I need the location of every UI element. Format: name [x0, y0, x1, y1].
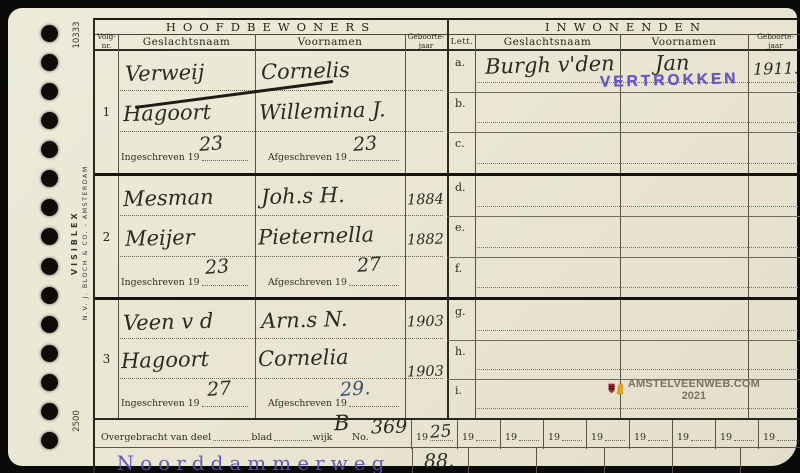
watermark-year: 2021 — [628, 390, 760, 402]
punch-hole — [41, 112, 58, 129]
hb-col-geslachtsnaam: Geslachtsnaam — [118, 34, 255, 49]
no-label: No. — [352, 432, 369, 443]
punch-hole — [41, 25, 58, 42]
year-cell: 19 — [673, 420, 716, 449]
vertrokken-stamp: VERTROKKEN — [600, 70, 739, 92]
punch-hole — [41, 432, 58, 449]
hb-col-volgnr: Volg- nr. — [95, 34, 118, 49]
leader — [349, 160, 399, 161]
punch-hole — [41, 141, 58, 158]
afgeschreven-field: Afgeschreven 19 — [268, 145, 400, 163]
iw-row-f: f. — [447, 257, 800, 297]
surname-handwritten: Hagoort — [121, 347, 210, 373]
empty-cell — [536, 448, 605, 473]
year-prefix: 19 — [763, 432, 775, 443]
afgeschreven-label: Afgeschreven 19 — [268, 398, 347, 409]
leader — [202, 285, 248, 286]
plate-number-top: 10333 — [72, 0, 82, 70]
wijk-value-handwritten: B — [334, 411, 350, 435]
year-prefix: 19 — [505, 432, 517, 443]
empty-cell — [672, 448, 741, 473]
punch-hole — [41, 316, 58, 333]
punch-hole — [41, 199, 58, 216]
hb-col-voornamen: Voornamen — [255, 34, 405, 49]
year-cell: 19 — [501, 420, 544, 449]
crest-icon — [608, 370, 624, 410]
brand-visiblex: VISIBLEX — [69, 155, 81, 330]
row-letter: a. — [455, 56, 465, 69]
punch-hole — [41, 287, 58, 304]
row-letter: c. — [455, 137, 465, 150]
iw-row-d: d. — [447, 176, 800, 217]
writing-line — [120, 131, 443, 132]
footer-address-row: Noorddammerweg 88. — [95, 447, 800, 473]
afgeschreven-year: 23 — [352, 132, 378, 156]
year-cell: 19 — [544, 420, 587, 449]
writing-line — [477, 206, 798, 207]
year-prefix: 19 — [548, 432, 560, 443]
writing-line — [477, 163, 798, 164]
year-cell: 19 25 — [412, 420, 458, 449]
leader — [691, 440, 711, 441]
leader — [519, 440, 539, 441]
surname-handwritten: Verweij — [125, 60, 205, 86]
writing-line — [477, 247, 798, 248]
iw-row-b: b. — [447, 92, 800, 133]
leader — [777, 440, 799, 441]
row-letter: g. — [455, 305, 466, 318]
hb-entry-1: 1 Verweij Cornelis Hagoort Willemina J. … — [95, 51, 447, 173]
house-number-cell: 88. — [412, 448, 469, 473]
year-cell: 19 — [630, 420, 673, 449]
birthyear-handwritten: 1884 — [407, 192, 444, 209]
row-letter: i. — [455, 384, 462, 397]
writing-line — [477, 287, 798, 288]
writing-line — [120, 256, 443, 257]
afgeschreven-year: 27 — [356, 253, 382, 277]
plate-number-bottom: 2500 — [72, 391, 82, 451]
birthyear-handwritten: 1882 — [407, 232, 444, 249]
iw-row-e: e. — [447, 216, 800, 258]
empty-cell — [468, 448, 537, 473]
row-letter: h. — [455, 345, 466, 358]
street-name-stamp: Noorddammerweg — [117, 451, 391, 473]
ingeschreven-year: 23 — [204, 255, 230, 279]
afgeschreven-year: 29. — [339, 377, 371, 401]
hb-entry-2: 2 Mesman Joh.s H. 1884 Meijer Pieternell… — [95, 176, 447, 297]
afgeschreven-field: Afgeschreven 19 — [268, 391, 400, 409]
row-letter: e. — [455, 221, 465, 234]
register-table: HOOFDBEWONERS INWONENDEN Volg- nr. Gesla… — [93, 18, 800, 473]
firstnames-handwritten: Cornelia — [258, 345, 349, 371]
ingeschreven-label: Ingeschreven 19 — [121, 152, 200, 163]
leader — [213, 440, 250, 441]
hb-col-geboortejaar: Geboorte- jaar — [405, 34, 447, 49]
iw-row-g: g. — [447, 300, 800, 341]
birthyear-handwritten: 1903 — [407, 364, 444, 381]
surname-handwritten: Veen v d — [123, 309, 214, 335]
firstnames-handwritten: Cornelis — [261, 58, 351, 84]
watermark-site: AMSTELVEENWEB.COM — [628, 378, 760, 390]
year-prefix: 19 — [462, 432, 474, 443]
row-letter: b. — [455, 97, 466, 110]
leader — [605, 440, 625, 441]
year-cell: 19 — [458, 420, 501, 449]
printer-imprint: VISIBLEX N.V. J. BLOCH & CO. - AMSTERDAM — [69, 155, 90, 330]
iw-col-geslachtsnaam: Geslachtsnaam — [475, 34, 620, 49]
year-prefix: 19 — [720, 432, 732, 443]
street-cell: Noorddammerweg — [95, 448, 413, 473]
year-prefix: 19 — [416, 432, 428, 443]
afgeschreven-label: Afgeschreven 19 — [268, 152, 347, 163]
leader — [349, 406, 399, 407]
writing-line — [120, 338, 443, 339]
surname-handwritten: Mesman — [123, 185, 214, 211]
punch-hole — [41, 403, 58, 420]
leader — [274, 440, 311, 441]
empty-cell — [740, 448, 800, 473]
population-register-card: 10333 VISIBLEX N.V. J. BLOCH & CO. - AMS… — [8, 8, 797, 466]
writing-line — [120, 90, 443, 91]
wijk-label: wijk — [313, 432, 333, 443]
hb-entry-1-number: 1 — [95, 51, 118, 173]
first-year-handwritten: 25 — [429, 421, 452, 442]
blad-label: blad — [251, 432, 272, 443]
binder-holes — [41, 25, 59, 449]
ingeschreven-label: Ingeschreven 19 — [121, 398, 200, 409]
birthyear-handwritten: 1911. — [753, 58, 799, 78]
ingeschreven-field: Ingeschreven 19 — [121, 145, 249, 163]
leader — [476, 440, 496, 441]
leader — [349, 285, 399, 286]
iw-row-c: c. — [447, 132, 800, 173]
writing-line — [477, 122, 798, 123]
row-letter: d. — [455, 181, 466, 194]
firstnames-handwritten: Joh.s H. — [261, 183, 345, 209]
overgebracht-field: Overgebracht van deel blad wijk B No. 36… — [95, 420, 412, 449]
ingeschreven-year: 23 — [198, 132, 224, 156]
iw-col-geboortejaar: Geboorte- jaar — [748, 34, 800, 49]
firstnames-handwritten: Arn.s N. — [261, 307, 348, 333]
writing-line — [477, 330, 798, 331]
year-cell: 19 — [716, 420, 759, 449]
watermark: AMSTELVEENWEB.COM 2021 — [608, 367, 760, 413]
writing-line — [120, 215, 443, 216]
punch-hole — [41, 258, 58, 275]
ingeschreven-field: Ingeschreven 19 — [121, 270, 249, 288]
punch-hole — [41, 83, 58, 100]
leader — [648, 440, 668, 441]
surname-handwritten: Burgh v'den — [485, 51, 615, 78]
footer-transfer-row: Overgebracht van deel blad wijk B No. 36… — [95, 418, 800, 449]
year-prefix: 19 — [677, 432, 689, 443]
punch-hole — [41, 228, 58, 245]
year-prefix: 19 — [634, 432, 646, 443]
ingeschreven-year: 27 — [206, 377, 232, 401]
scanned-register-card-photo: 10333 VISIBLEX N.V. J. BLOCH & CO. - AMS… — [0, 0, 800, 473]
leader — [734, 440, 754, 441]
year-prefix: 19 — [591, 432, 603, 443]
section-title-inwonenden: INWONENDEN — [449, 20, 800, 34]
firstnames-handwritten: Pieternella — [258, 222, 375, 249]
year-cell: 19 — [759, 420, 800, 449]
hb-entry-2-number: 2 — [95, 176, 118, 297]
leader — [202, 406, 248, 407]
empty-cell — [604, 448, 673, 473]
iw-col-voornamen: Voornamen — [620, 34, 748, 49]
row-letter: f. — [455, 262, 462, 275]
year-cell: 19 — [587, 420, 630, 449]
surname-handwritten: Meijer — [125, 225, 195, 251]
punch-hole — [41, 54, 58, 71]
iw-col-lett: Lett. — [449, 34, 475, 49]
overgebracht-label: Overgebracht van deel — [101, 432, 211, 443]
house-number-handwritten: 88. — [424, 450, 455, 473]
hb-entry-3-number: 3 — [95, 300, 118, 418]
punch-hole — [41, 374, 58, 391]
firstnames-handwritten: Willemina J. — [259, 97, 386, 124]
section-title-hoofdbewoners: HOOFDBEWONERS — [95, 20, 447, 34]
punch-hole — [41, 170, 58, 187]
punch-hole — [41, 345, 58, 362]
hb-entry-3: 3 Veen v d Arn.s N. 1903 Hagoort Corneli… — [95, 300, 447, 418]
leader — [202, 160, 248, 161]
birthyear-handwritten: 1903 — [407, 314, 444, 331]
watermark-text: AMSTELVEENWEB.COM 2021 — [628, 378, 760, 402]
afgeschreven-label: Afgeschreven 19 — [268, 277, 347, 288]
ingeschreven-label: Ingeschreven 19 — [121, 277, 200, 288]
no-value-handwritten: 369 — [370, 416, 407, 439]
printer-name: N.V. J. BLOCH & CO. - AMSTERDAM — [81, 155, 90, 330]
leader — [562, 440, 582, 441]
writing-line — [120, 378, 443, 379]
